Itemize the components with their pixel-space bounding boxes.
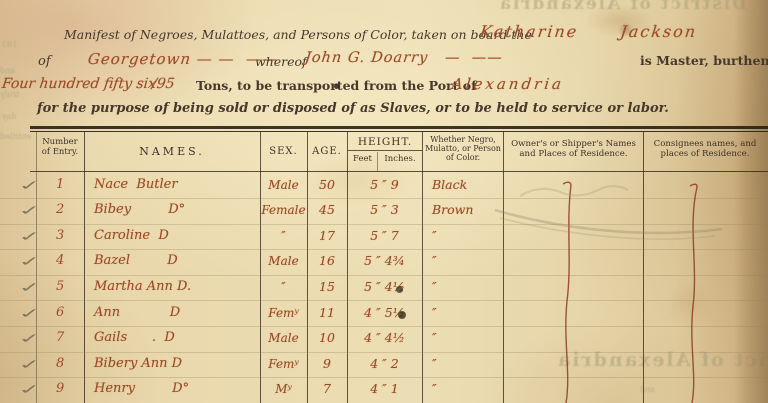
table-top-rule-thin <box>30 131 768 132</box>
whereof-label: whereof <box>255 54 307 69</box>
manifest-row: ✓ 8 Bibery Ann D Femʸ 9 4 ″ 2 ″ <box>0 352 768 379</box>
owner-cell <box>508 224 640 250</box>
color-cell: ″ <box>432 301 502 327</box>
port-of-lading-handwritten: Alexandria <box>452 75 564 93</box>
manifest-row: ✓ 7 Gails . D Male 10 4 ″ 4½ ″ <box>0 326 768 353</box>
age-cell: 15 <box>307 275 347 301</box>
column-subheader-inches: Inches. <box>378 155 422 165</box>
table-top-rule-thick <box>30 126 768 129</box>
consignee-cell <box>648 224 766 250</box>
entry-number: 9 <box>56 377 80 403</box>
entry-number: 7 <box>56 326 80 352</box>
height-cell: 5 ″ 4½ <box>347 275 422 301</box>
height-cell: 4 ″ 1 <box>347 377 422 403</box>
height-cell: 5 ″ 4¾ <box>347 249 422 275</box>
color-cell: ″ <box>432 326 502 352</box>
tonnage-words-handwritten: Four hundred fifty six <box>2 76 156 92</box>
owner-cell <box>508 326 640 352</box>
column-header-names: NAMES. <box>86 146 258 159</box>
vessel-name-handwritten: Katharine Jackson <box>480 22 697 41</box>
entry-number: 4 <box>56 249 80 275</box>
manifest-row: ✓ 2 Bibey D° Female 45 5 ″ 3 Brown <box>0 198 768 225</box>
height-subheader-rule <box>348 150 422 151</box>
manifest-row: ✓ 9 Henry D° Mʸ 7 4 ″ 1 ″ <box>0 377 768 403</box>
name-cell: Henry D° <box>94 377 258 403</box>
master-name-handwritten: John G. Doarry — —— <box>305 50 503 66</box>
sex-cell: Female <box>260 198 307 224</box>
age-cell: 17 <box>307 224 347 250</box>
name-cell: Caroline D <box>94 224 258 250</box>
age-cell: 16 <box>307 249 347 275</box>
age-cell: 45 <box>307 198 347 224</box>
entry-number: 6 <box>56 301 80 327</box>
column-header-color: Whether Negro, Mulatto, or Person of Col… <box>424 135 502 163</box>
height-cell: 5 ″ 9 <box>347 173 422 199</box>
entry-number: 1 <box>56 173 80 199</box>
column-header-age: AGE. <box>308 146 346 158</box>
color-cell: ″ <box>432 275 502 301</box>
bleedthrough-fragment: and <box>0 66 15 75</box>
manifest-document: District of Alexandria District of Alexa… <box>0 0 768 403</box>
tonnage-figures-handwritten: /95 <box>152 76 175 92</box>
sex-cell: Male <box>260 249 307 275</box>
entry-number: 2 <box>56 198 80 224</box>
of-label: of <box>38 54 51 69</box>
master-label: is Master, burthen <box>640 53 768 68</box>
height-cell: 4 ″ 5½ <box>347 301 422 327</box>
owner-cell <box>508 275 640 301</box>
ink-blot <box>334 84 339 89</box>
sex-cell: Mʸ <box>260 377 307 403</box>
owner-cell <box>508 173 640 199</box>
sex-cell: Femʸ <box>260 301 307 327</box>
manifest-title-line: Manifest of Negroes, Mulattoes, and Pers… <box>64 27 532 42</box>
entry-number: 3 <box>56 224 80 250</box>
consignee-cell <box>648 173 766 199</box>
bleedthrough-fragment: entitled <box>0 132 31 141</box>
manifest-row: ✓ 3 Caroline D ″ 17 5 ″ 7 ″ <box>0 224 768 251</box>
age-cell: 11 <box>307 301 347 327</box>
name-cell: Bibey D° <box>94 198 258 224</box>
consignee-cell <box>648 326 766 352</box>
home-port-handwritten: Georgetown — — —— <box>88 50 278 68</box>
column-header-sex: SEX. <box>261 146 306 158</box>
color-cell: ″ <box>432 224 502 250</box>
entry-number: 8 <box>56 352 80 378</box>
consignee-cell <box>648 377 766 403</box>
manifest-row: ✓ 6 Ann D Femʸ 11 4 ″ 5½ ″ <box>0 301 768 328</box>
column-header-owner: Owner's or Shipper's Names and Places of… <box>505 140 642 160</box>
name-cell: Gails . D <box>94 326 258 352</box>
height-cell: 5 ″ 3 <box>347 198 422 224</box>
name-cell: Martha Ann D. <box>94 275 258 301</box>
column-header-height: HEIGHT. <box>348 136 422 148</box>
manifest-row: ✓ 4 Bazel D Male 16 5 ″ 4¾ ″ <box>0 249 768 276</box>
consignee-cell <box>648 275 766 301</box>
owner-cell <box>508 198 640 224</box>
manifest-row: ✓ 1 Nace Butler Male 50 5 ″ 9 Black <box>0 173 768 200</box>
height-cell: 4 ″ 2 <box>347 352 422 378</box>
color-cell: ″ <box>432 377 502 403</box>
name-cell: Bazel D <box>94 249 258 275</box>
color-cell: Brown <box>432 198 502 224</box>
owner-cell <box>508 249 640 275</box>
consignee-cell <box>648 198 766 224</box>
name-cell: Bibery Ann D <box>94 352 258 378</box>
height-cell: 5 ″ 7 <box>347 224 422 250</box>
sex-cell: ″ <box>260 224 307 250</box>
sex-cell: Male <box>260 326 307 352</box>
sex-cell: Male <box>260 173 307 199</box>
age-cell: 9 <box>307 352 347 378</box>
bleedthrough-fragment: day <box>2 112 16 121</box>
owner-cell <box>508 301 640 327</box>
entry-number: 5 <box>56 275 80 301</box>
column-header-entry: Number of Entry. <box>38 138 82 158</box>
owner-cell <box>508 377 640 403</box>
column-subheader-feet: Feet <box>348 155 377 165</box>
name-cell: Ann D <box>94 301 258 327</box>
consignee-cell <box>648 352 766 378</box>
color-cell: Black <box>432 173 502 199</box>
sex-cell: Femʸ <box>260 352 307 378</box>
sex-cell: ″ <box>260 275 307 301</box>
consignee-cell <box>648 249 766 275</box>
name-cell: Nace Butler <box>94 173 258 199</box>
color-cell: ″ <box>432 352 502 378</box>
ink-blot <box>396 286 403 293</box>
manifest-title-printed: Manifest of Negroes, Mulattoes, and Pers… <box>64 27 532 42</box>
column-header-consignee: Consignees names, and places of Residenc… <box>646 140 764 160</box>
color-cell: ″ <box>432 249 502 275</box>
age-cell: 10 <box>307 326 347 352</box>
bleedthrough-fragment: 183 <box>2 40 17 49</box>
purpose-line: for the purpose of being sold or dispose… <box>37 101 669 116</box>
manifest-row: ✓ 5 Martha Ann D. ″ 15 5 ″ 4½ ″ <box>0 275 768 302</box>
owner-cell <box>508 352 640 378</box>
height-cell: 4 ″ 4½ <box>347 326 422 352</box>
age-cell: 50 <box>307 173 347 199</box>
consignee-cell <box>648 301 766 327</box>
ink-blot <box>398 311 406 319</box>
age-cell: 7 <box>307 377 347 403</box>
